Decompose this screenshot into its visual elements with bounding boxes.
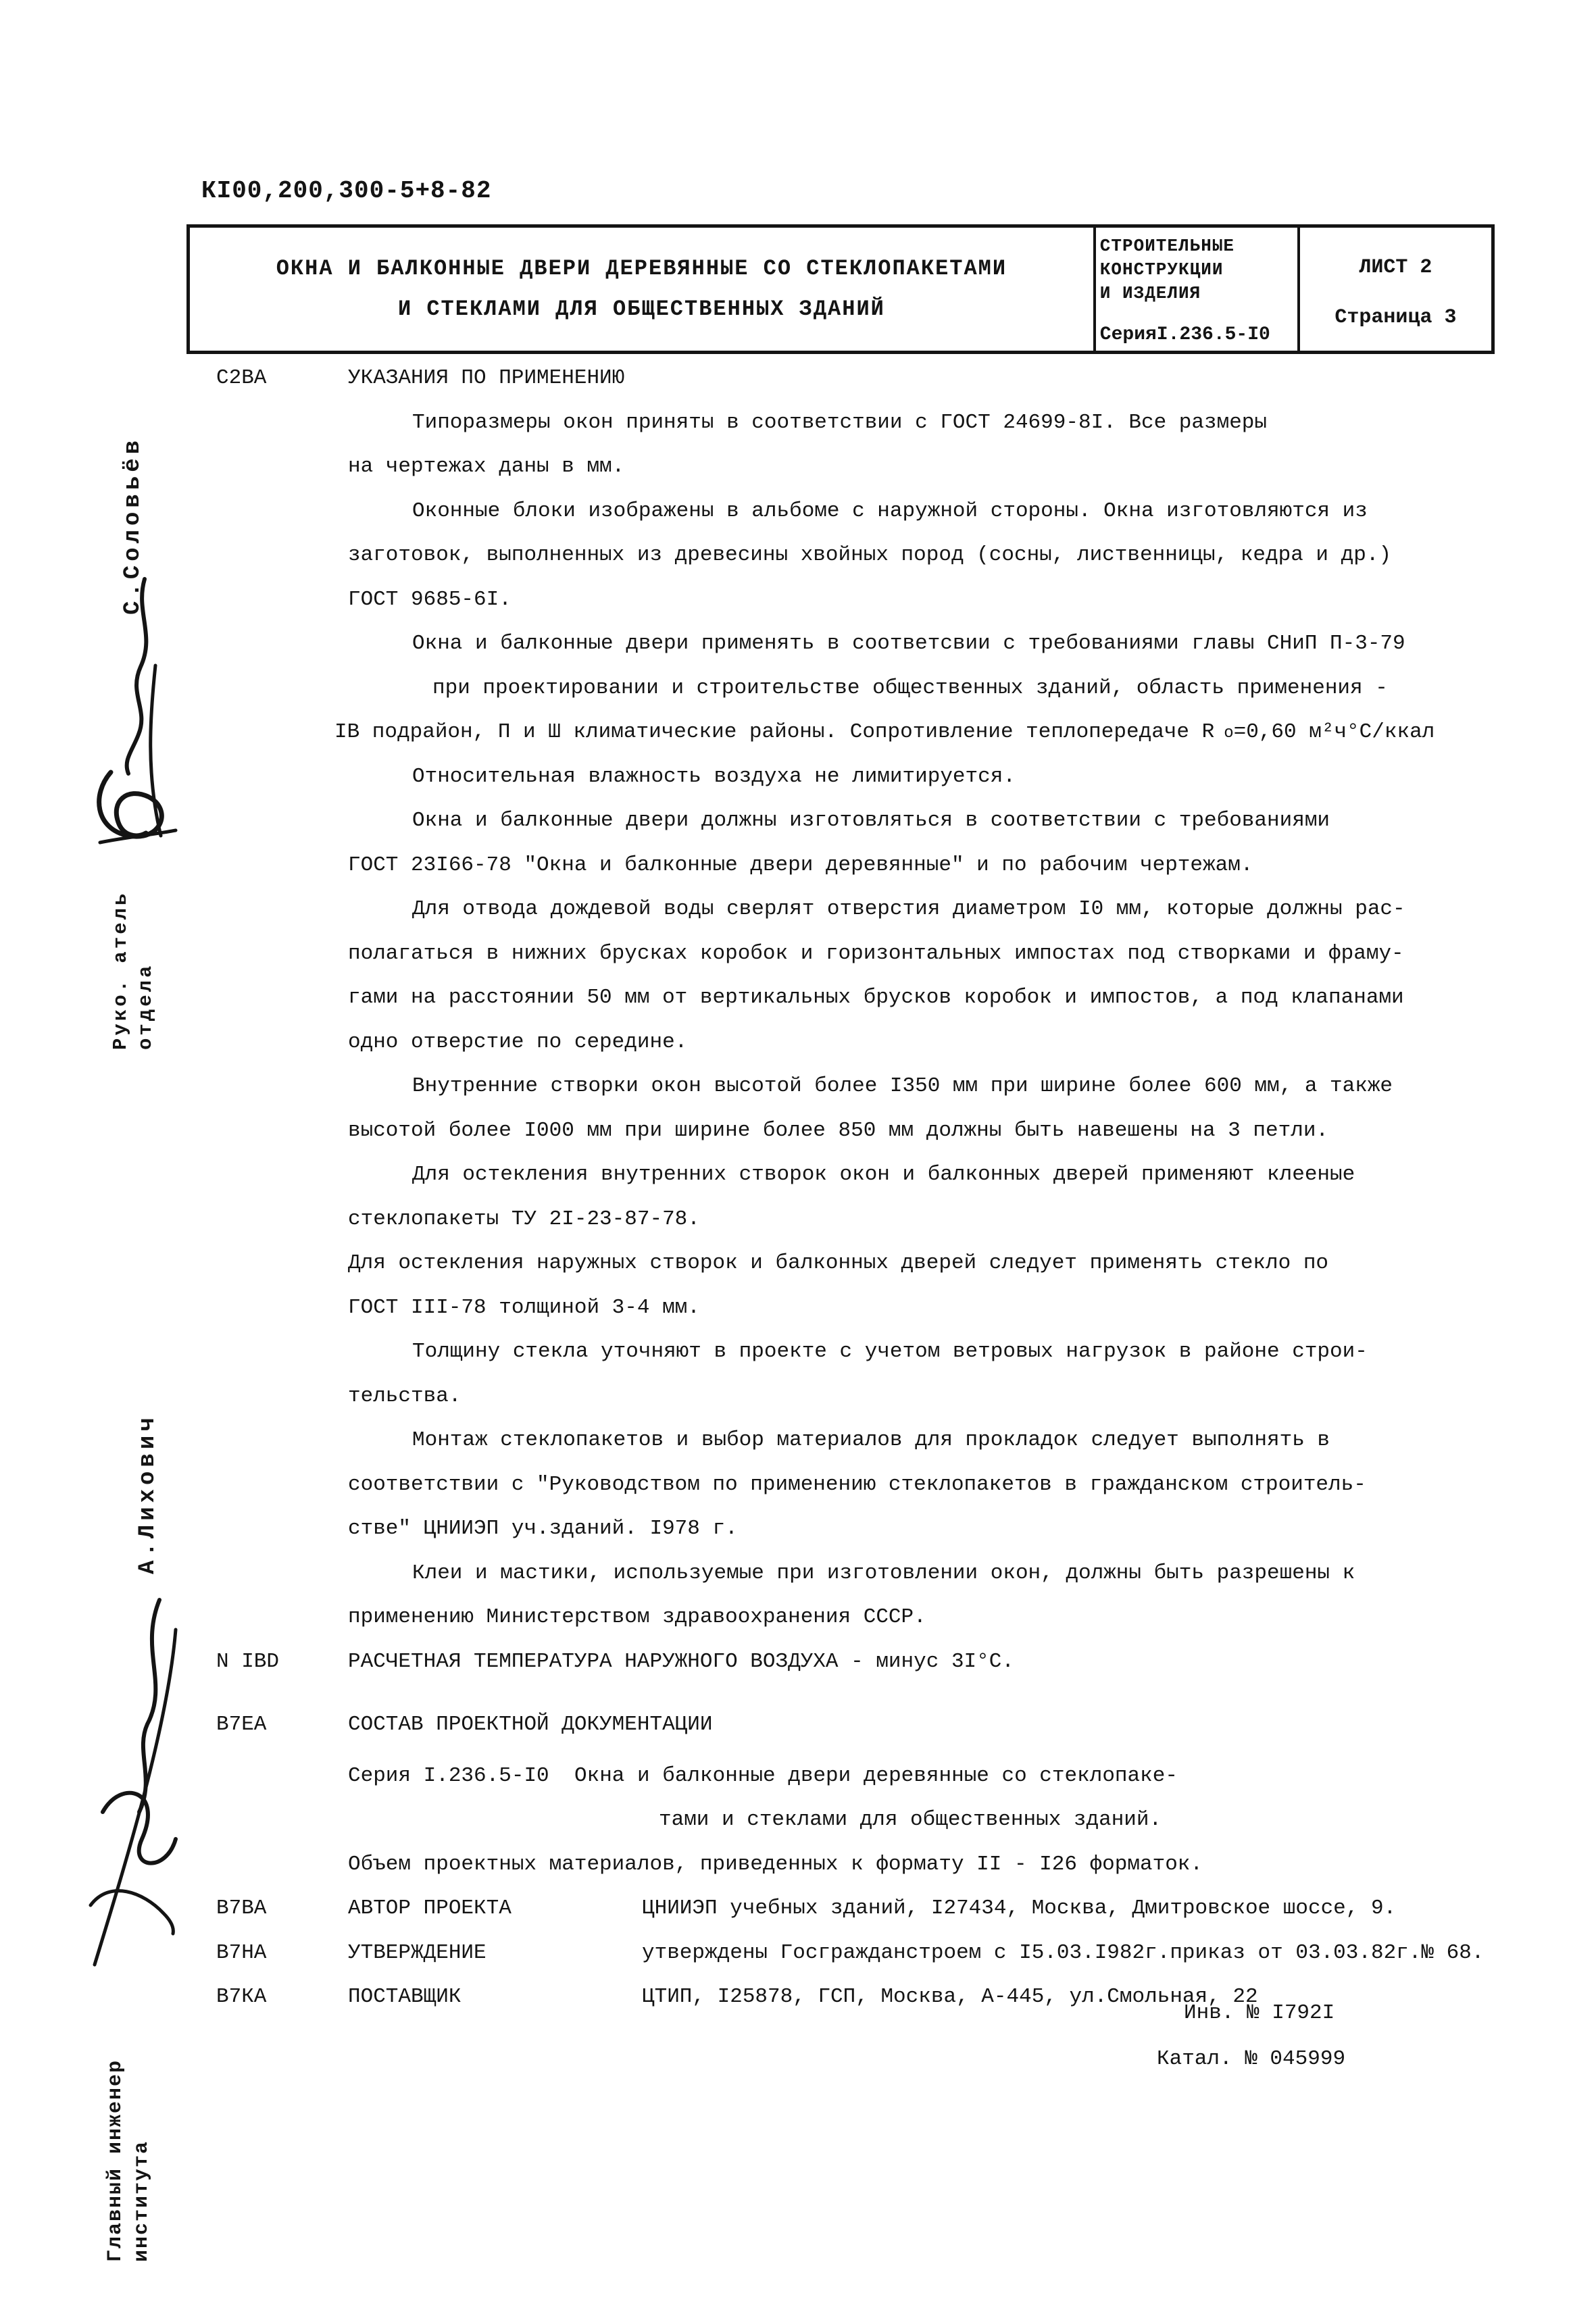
page-number: Страница 3 [1335, 306, 1456, 329]
line-text: высотой более I000 мм при ширине более 8… [348, 1119, 1328, 1142]
text-line: Монтаж стеклопакетов и выбор материалов … [216, 1428, 1500, 1473]
signer2-role: Главный инженер института [103, 2059, 155, 2262]
section-code: С2ВА [216, 366, 266, 390]
body-lines: С2ВАУКАЗАНИЯ ПО ПРИМЕНЕНИЮТипоразмеры ок… [216, 366, 1500, 2030]
line-text: применению Министерством здравоохранения… [348, 1605, 926, 1629]
text-line: В7ВААВТОР ПРОЕКТАЦНИИЭП учебных зданий, … [216, 1896, 1500, 1941]
row-label: УТВЕРЖДЕНИЕ [348, 1941, 487, 1965]
line-text: IВ подрайон, П и Ш климатические районы.… [334, 720, 1435, 744]
line-text: заготовок, выполненных из древесины хвой… [348, 543, 1391, 567]
text-line: Объем проектных материалов, приведенных … [216, 1853, 1500, 1897]
text-line: В7НАУТВЕРЖДЕНИЕутверждены Госгражданстро… [216, 1941, 1500, 1986]
text-line: Окна и балконные двери применять в соотв… [216, 632, 1500, 676]
section-code: В7КА [216, 1985, 266, 2009]
text-line: тами и стеклами для общественных зданий. [216, 1808, 1500, 1853]
line-text: Для остекления внутренних створок окон и… [412, 1163, 1355, 1186]
text-line: на чертежах даны в мм. [216, 455, 1500, 499]
scanned-document-page: КI00,200,300-5+8-82 ОКНА И БАЛКОННЫЕ ДВЕ… [0, 0, 1596, 2314]
text-line: В7ЕАСОСТАВ ПРОЕКТНОЙ ДОКУМЕНТАЦИИ [216, 1713, 1500, 1757]
line-text: Относительная влажность воздуха не лимит… [412, 765, 1016, 788]
header-title-cell: ОКНА И БАЛКОННЫЕ ДВЕРИ ДЕРЕВЯННЫЕ СО СТЕ… [190, 228, 1096, 351]
text-line: высотой более I000 мм при ширине более 8… [216, 1119, 1500, 1163]
section-code: В7ВА [216, 1896, 266, 1920]
line-text: ЦТИП, I25878, ГСП, Москва, А-445, ул.Смо… [642, 1985, 1258, 2009]
document-code: КI00,200,300-5+8-82 [201, 177, 491, 205]
section-code: N IBD [216, 1650, 279, 1674]
line-text: Типоразмеры окон приняты в соответствии … [412, 411, 1267, 434]
text-line: Относительная влажность воздуха не лимит… [216, 765, 1500, 809]
line-text: Внутренние створки окон высотой более I3… [412, 1074, 1393, 1098]
text-line: Внутренние створки окон высотой более I3… [216, 1074, 1500, 1119]
line-text: утверждены Госгражданстроем с I5.03.I982… [642, 1941, 1484, 1965]
row-label: ПОСТАВЩИК [348, 1985, 461, 2009]
row-label: АВТОР ПРОЕКТА [348, 1896, 512, 1920]
line-text: соответствии с "Руководством по применен… [348, 1473, 1366, 1496]
signer1-role: Руко. атель отдела [108, 891, 158, 1050]
text-line: С2ВАУКАЗАНИЯ ПО ПРИМЕНЕНИЮ [216, 366, 1500, 411]
document-title-line2: И СТЕКЛАМИ ДЛЯ ОБЩЕСТВЕННЫХ ЗДАНИЙ [398, 289, 885, 330]
text-line: гами на расстоянии 50 мм от вертикальных… [216, 986, 1500, 1030]
text-line: ГОСТ 9685-6I. [216, 588, 1500, 632]
line-text: стве" ЦНИИЭП уч.зданий. I978 г. [348, 1517, 738, 1540]
text-line: Для остекления внутренних створок окон и… [216, 1163, 1500, 1207]
text-line: Для остекления наружных створок и балкон… [216, 1251, 1500, 1296]
line-text: тельства. [348, 1384, 461, 1408]
line-text: полагаться в нижних брусках коробок и го… [348, 942, 1404, 965]
text-line: Клеи и мастики, используемые при изготов… [216, 1561, 1500, 1606]
text-line: полагаться в нижних брусках коробок и го… [216, 942, 1500, 986]
line-text: РАСЧЕТНАЯ ТЕМПЕРАТУРА НАРУЖНОГО ВОЗДУХА … [348, 1650, 1014, 1674]
text-line: Для отвода дождевой воды сверлят отверст… [216, 897, 1500, 942]
signer1-role-line2: отдела [133, 891, 158, 1050]
text-line: ГОСТ 23I66-78 "Окна и балконные двери де… [216, 853, 1500, 898]
line-text: Окна и балконные двери должны изготовлят… [412, 809, 1330, 832]
text-line: IВ подрайон, П и Ш климатические районы.… [216, 720, 1500, 765]
line-text: при проектировании и строительстве общес… [432, 676, 1388, 700]
text-line: N IBDРАСЧЕТНАЯ ТЕМПЕРАТУРА НАРУЖНОГО ВОЗ… [216, 1650, 1500, 1694]
line-text: Клеи и мастики, используемые при изготов… [412, 1561, 1355, 1585]
text-line: Оконные блоки изображены в альбоме с нар… [216, 499, 1500, 544]
text-line: применению Министерством здравоохранения… [216, 1605, 1500, 1650]
text-line: стеклопакеты ТУ 2I-23-87-78. [216, 1207, 1500, 1252]
line-text: ГОСТ III-78 толщиной 3-4 мм. [348, 1296, 700, 1319]
text-line: стве" ЦНИИЭП уч.зданий. I978 г. [216, 1517, 1500, 1561]
line-text: СОСТАВ ПРОЕКТНОЙ ДОКУМЕНТАЦИИ [348, 1713, 713, 1736]
signature [80, 571, 181, 861]
text-line: Толщину стекла уточняют в проекте с учет… [216, 1340, 1500, 1384]
line-text: ГОСТ 9685-6I. [348, 588, 512, 611]
category-line2: КОНСТРУКЦИИ [1100, 258, 1295, 282]
text-line: одно отверстие по середине. [216, 1030, 1500, 1075]
line-text: тами и стеклами для общественных зданий. [659, 1808, 1162, 1832]
catalog-number: Катал. № 045999 [1157, 2047, 1345, 2071]
text-line: соответствии с "Руководством по применен… [216, 1473, 1500, 1517]
line-text: ЦНИИЭП учебных зданий, I27434, Москва, Д… [642, 1896, 1396, 1920]
document-title-line1: ОКНА И БАЛКОННЫЕ ДВЕРИ ДЕРЕВЯННЫЕ СО СТЕ… [276, 249, 1007, 289]
line-text: на чертежах даны в мм. [348, 455, 624, 478]
text-line: ГОСТ III-78 толщиной 3-4 мм. [216, 1296, 1500, 1340]
line-text: УКАЗАНИЯ ПО ПРИМЕНЕНИЮ [348, 366, 624, 390]
signature [80, 1588, 188, 1986]
inventory-number: Инв. № I792I [1184, 2001, 1335, 2025]
category-lines: СТРОИТЕЛЬНЫЕ КОНСТРУКЦИИ И ИЗДЕЛИЯ [1100, 234, 1295, 305]
line-text: Объем проектных материалов, приведенных … [348, 1853, 1203, 1876]
category-line3: И ИЗДЕЛИЯ [1100, 282, 1295, 305]
section-code: В7ЕА [216, 1713, 266, 1736]
text-line: Окна и балконные двери должны изготовлят… [216, 809, 1500, 853]
line-text: гами на расстоянии 50 мм от вертикальных… [348, 986, 1404, 1009]
sheet-number: ЛИСТ 2 [1359, 256, 1432, 279]
category-line1: СТРОИТЕЛЬНЫЕ [1100, 234, 1295, 258]
row-label: Серия I.236.5-I0 [348, 1764, 549, 1788]
text-line: тельства. [216, 1384, 1500, 1429]
signer2-role-line2: института [129, 2059, 155, 2262]
header-sheet-cell: ЛИСТ 2 Страница 3 [1300, 228, 1491, 351]
series-number: СерияI.236.5-I0 [1100, 324, 1295, 345]
line-text: одно отверстие по середине. [348, 1030, 687, 1054]
line-text: ГОСТ 23I66-78 "Окна и балконные двери де… [348, 853, 1253, 877]
text-line: Типоразмеры окон приняты в соответствии … [216, 411, 1500, 455]
signer2-name: А.Лихович [135, 1413, 161, 1574]
header-category-cell: СТРОИТЕЛЬНЫЕ КОНСТРУКЦИИ И ИЗДЕЛИЯ Серия… [1096, 228, 1300, 351]
line-text: Монтаж стеклопакетов и выбор материалов … [412, 1428, 1330, 1452]
text-line: при проектировании и строительстве общес… [216, 676, 1500, 721]
signer2-role-line1: Главный инженер [103, 2059, 129, 2262]
line-text: Для остекления наружных створок и балкон… [348, 1251, 1328, 1275]
line-text: Оконные блоки изображены в альбоме с нар… [412, 499, 1368, 523]
line-text: стеклопакеты ТУ 2I-23-87-78. [348, 1207, 700, 1231]
line-text: Для отвода дождевой воды сверлят отверст… [412, 897, 1405, 921]
line-text: Окна и балконные двери деревянные со сте… [574, 1764, 1178, 1788]
line-text: Окна и балконные двери применять в соотв… [412, 632, 1405, 655]
line-text: Толщину стекла уточняют в проекте с учет… [412, 1340, 1368, 1363]
text-line: Серия I.236.5-I0Окна и балконные двери д… [216, 1764, 1500, 1809]
section-code: В7НА [216, 1941, 266, 1965]
text-line: заготовок, выполненных из древесины хвой… [216, 543, 1500, 588]
header-table: ОКНА И БАЛКОННЫЕ ДВЕРИ ДЕРЕВЯННЫЕ СО СТЕ… [186, 224, 1495, 354]
signer1-role-line1: Руко. атель [108, 891, 133, 1050]
